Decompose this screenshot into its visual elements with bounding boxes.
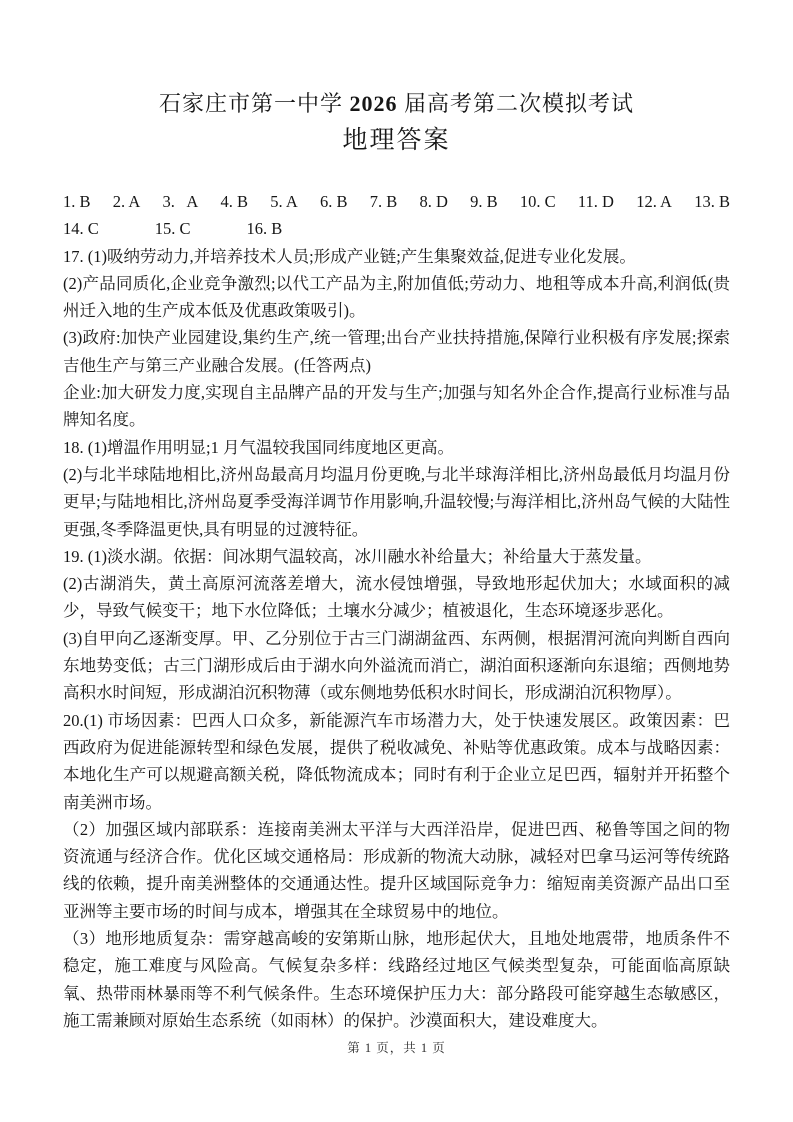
title-exam-part: 届高考第二次模拟考试 [398,91,635,116]
objective-answers-row-2: 14. C15. C16. B [63,215,730,242]
question-19-answer: 19. (1)淡水湖。依据：间冰期气温较高，冰川融水补给量大；补给量大于蒸发量。… [63,543,730,707]
objective-answer-item: 4. B [221,188,249,215]
answer-paragraph: 18. (1)增温作用明显;1 月气温较我国同纬度地区更高。 [63,434,730,461]
question-17-answer: 17. (1)吸纳劳动力,并培养技术人员;形成产业链;产生集聚效益,促进专业化发… [63,243,730,434]
objective-answer-item: 14. C [63,215,99,242]
objective-answer-item: 7. B [370,188,398,215]
answer-paragraph: 19. (1)淡水湖。依据：间冰期气温较高，冰川融水补给量大；补给量大于蒸发量。 [63,543,730,570]
question-18-answer: 18. (1)增温作用明显;1 月气温较我国同纬度地区更高。(2)与北半球陆地相… [63,434,730,543]
objective-answer-item: 1. B [63,188,91,215]
document-header: 石家庄市第一中学 2026 届高考第二次模拟考试 地理答案 [63,88,730,158]
objective-answer-item: 9. B [470,188,498,215]
title-school-part: 石家庄市第一中学 [159,91,350,116]
objective-answers-row-1: 1. B2. A3. A4. B5. A6. B7. B8. D9. B10. … [63,188,730,215]
answer-paragraph: (2)产品同质化,企业竞争激烈;以代工产品为主,附加值低;劳动力、地租等成本升高… [63,270,730,325]
answer-paragraph: 20.(1) 市场因素：巴西人口众多，新能源汽车市场潜力大，处于快速发展区。政策… [63,707,730,816]
objective-answer-item: 12. A [636,188,672,215]
page-subtitle: 地理答案 [63,124,730,158]
objective-answer-item: 3. A [163,188,199,215]
answer-paragraph: (3)自甲向乙逐渐变厚。甲、乙分别位于古三门湖湖盆西、东两侧，根据渭河流向判断自… [63,625,730,707]
objective-answer-item: 10. C [520,188,556,215]
answer-paragraph: （2）加强区域内部联系：连接南美洲太平洋与大西洋沿岸，促进巴西、秘鲁等国之间的物… [63,816,730,925]
page-title: 石家庄市第一中学 2026 届高考第二次模拟考试 [63,88,730,120]
objective-answer-item: 15. C [155,215,191,242]
objective-answer-item: 8. D [420,188,448,215]
answer-paragraph: 17. (1)吸纳劳动力,并培养技术人员;形成产业链;产生集聚效益,促进专业化发… [63,243,730,270]
objective-answer-item: 11. D [578,188,614,215]
answer-paragraph: (2)与北半球陆地相比,济州岛最高月均温月份更晚,与北半球海洋相比,济州岛最低月… [63,461,730,543]
question-20-answer: 20.(1) 市场因素：巴西人口众多，新能源汽车市场潜力大，处于快速发展区。政策… [63,707,730,1035]
answer-paragraph: 企业:加大研发力度,实现自主品牌产品的开发与生产;加强与知名外企合作,提高行业标… [63,379,730,434]
objective-answer-item: 6. B [320,188,348,215]
page-footer: 第 1 页，共 1 页 [0,1038,793,1056]
answer-paragraph: (2)古湖消失，黄土高原河流落差增大，流水侵蚀增强，导致地形起伏加大；水域面积的… [63,570,730,625]
objective-answer-item: 5. A [270,188,298,215]
objective-answer-item: 16. B [247,215,283,242]
subjective-answers-body: 17. (1)吸纳劳动力,并培养技术人员;形成产业链;产生集聚效益,促进专业化发… [63,243,730,1035]
exam-answer-sheet-page: 石家庄市第一中学 2026 届高考第二次模拟考试 地理答案 1. B2. A3.… [0,0,793,1122]
objective-answer-item: 2. A [113,188,141,215]
objective-answer-item: 13. B [694,188,730,215]
answer-paragraph: (3)政府:加快产业园建设,集约生产,统一管理;出台产业扶持措施,保障行业积极有… [63,324,730,379]
answer-paragraph: （3）地形地质复杂：需穿越高峻的安第斯山脉，地形起伏大，且地处地震带，地质条件不… [63,925,730,1034]
title-year: 2026 [350,91,398,116]
objective-answers-block: 1. B2. A3. A4. B5. A6. B7. B8. D9. B10. … [63,188,730,243]
